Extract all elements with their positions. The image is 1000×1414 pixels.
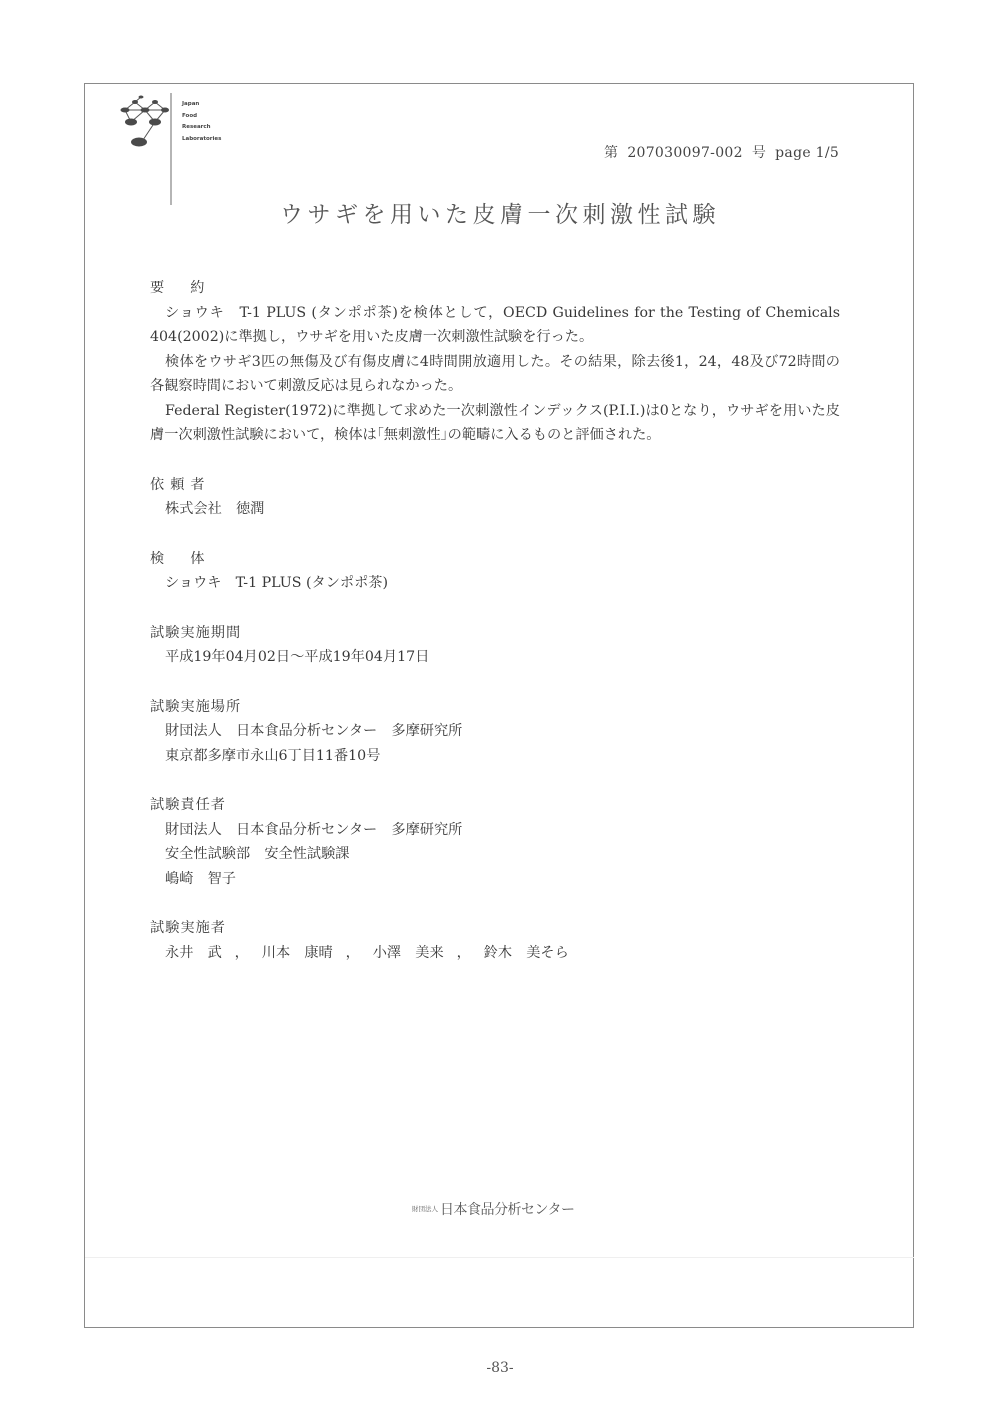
separator: ，	[333, 941, 373, 966]
location-heading: 試験実施場所	[150, 695, 840, 720]
location-org: 財団法人 日本食品分析センター 多摩研究所	[150, 719, 840, 744]
doc-number-prefix: 第	[604, 145, 618, 161]
performer-name: 鈴木 美そら	[484, 941, 569, 966]
performers-list: 永井 武，川本 康晴，小澤 美来，鈴木 美そら	[150, 941, 840, 966]
performers-heading: 試験実施者	[150, 916, 840, 941]
footer-org-logo: 財団法人日本食品分析センター	[412, 1199, 574, 1219]
separator: ，	[444, 941, 484, 966]
page-number: -83-	[0, 1360, 1000, 1376]
director-name: 嶋崎 智子	[150, 867, 840, 892]
period-dates: 平成19年04月02日～平成19年04月17日	[150, 645, 840, 670]
sample-name: ショウキ T-1 PLUS (タンポポ茶)	[150, 571, 840, 596]
director-heading: 試験責任者	[150, 793, 840, 818]
performer-name: 川本 康晴	[262, 941, 333, 966]
director-section: 試験責任者 財団法人 日本食品分析センター 多摩研究所 安全性試験部 安全性試験…	[150, 793, 840, 891]
logo-text: Japan Food Research Laboratories	[182, 99, 221, 145]
divider-line	[85, 1257, 914, 1258]
client-name: 株式会社 徳潤	[150, 497, 840, 522]
client-heading: 依頼者	[150, 473, 840, 498]
doc-number-suffix: 号	[752, 145, 766, 161]
molecule-network-icon	[117, 95, 169, 157]
document-title: ウサギを用いた皮膚一次刺激性試験	[0, 196, 1000, 229]
summary-paragraph: Federal Register(1972)に準拠して求めた一次刺激性インデック…	[150, 399, 840, 448]
summary-section: 要約 ショウキ T-1 PLUS (タンポポ茶)を検体として，OECD Guid…	[150, 276, 840, 448]
location-section: 試験実施場所 財団法人 日本食品分析センター 多摩研究所 東京都多摩市永山6丁目…	[150, 695, 840, 769]
logo-line: Japan	[182, 99, 221, 111]
performer-name: 永井 武	[165, 941, 222, 966]
period-section: 試験実施期間 平成19年04月02日～平成19年04月17日	[150, 621, 840, 670]
summary-paragraph: ショウキ T-1 PLUS (タンポポ茶)を検体として，OECD Guideli…	[150, 301, 840, 350]
separator: ，	[222, 941, 262, 966]
client-section: 依頼者 株式会社 徳潤	[150, 473, 840, 522]
document-number: 第207030097-002号page 1/5	[604, 142, 848, 162]
page-indicator: page 1/5	[775, 145, 839, 161]
director-org: 財団法人 日本食品分析センター 多摩研究所	[150, 818, 840, 843]
sample-section: 検体 ショウキ T-1 PLUS (タンポポ茶)	[150, 547, 840, 596]
location-address: 東京都多摩市永山6丁目11番10号	[150, 744, 840, 769]
doc-number-value: 207030097-002	[627, 145, 743, 161]
footer-org-name: 日本食品分析センター	[440, 1202, 574, 1218]
footer-org-prefix: 財団法人	[412, 1205, 438, 1213]
performers-section: 試験実施者 永井 武，川本 康晴，小澤 美来，鈴木 美そら	[150, 916, 840, 965]
sample-heading: 検体	[150, 547, 840, 572]
document-body: 要約 ショウキ T-1 PLUS (タンポポ茶)を検体として，OECD Guid…	[150, 276, 840, 965]
performer-name: 小澤 美来	[373, 941, 444, 966]
summary-heading: 要約	[150, 276, 840, 301]
period-heading: 試験実施期間	[150, 621, 840, 646]
logo-divider	[170, 93, 172, 205]
summary-paragraph: 検体をウサギ3匹の無傷及び有傷皮膚に4時間開放適用した。その結果，除去後1，24…	[150, 350, 840, 399]
director-department: 安全性試験部 安全性試験課	[150, 842, 840, 867]
logo-line: Laboratories	[182, 134, 221, 146]
logo-line: Research	[182, 122, 221, 134]
logo-line: Food	[182, 111, 221, 123]
